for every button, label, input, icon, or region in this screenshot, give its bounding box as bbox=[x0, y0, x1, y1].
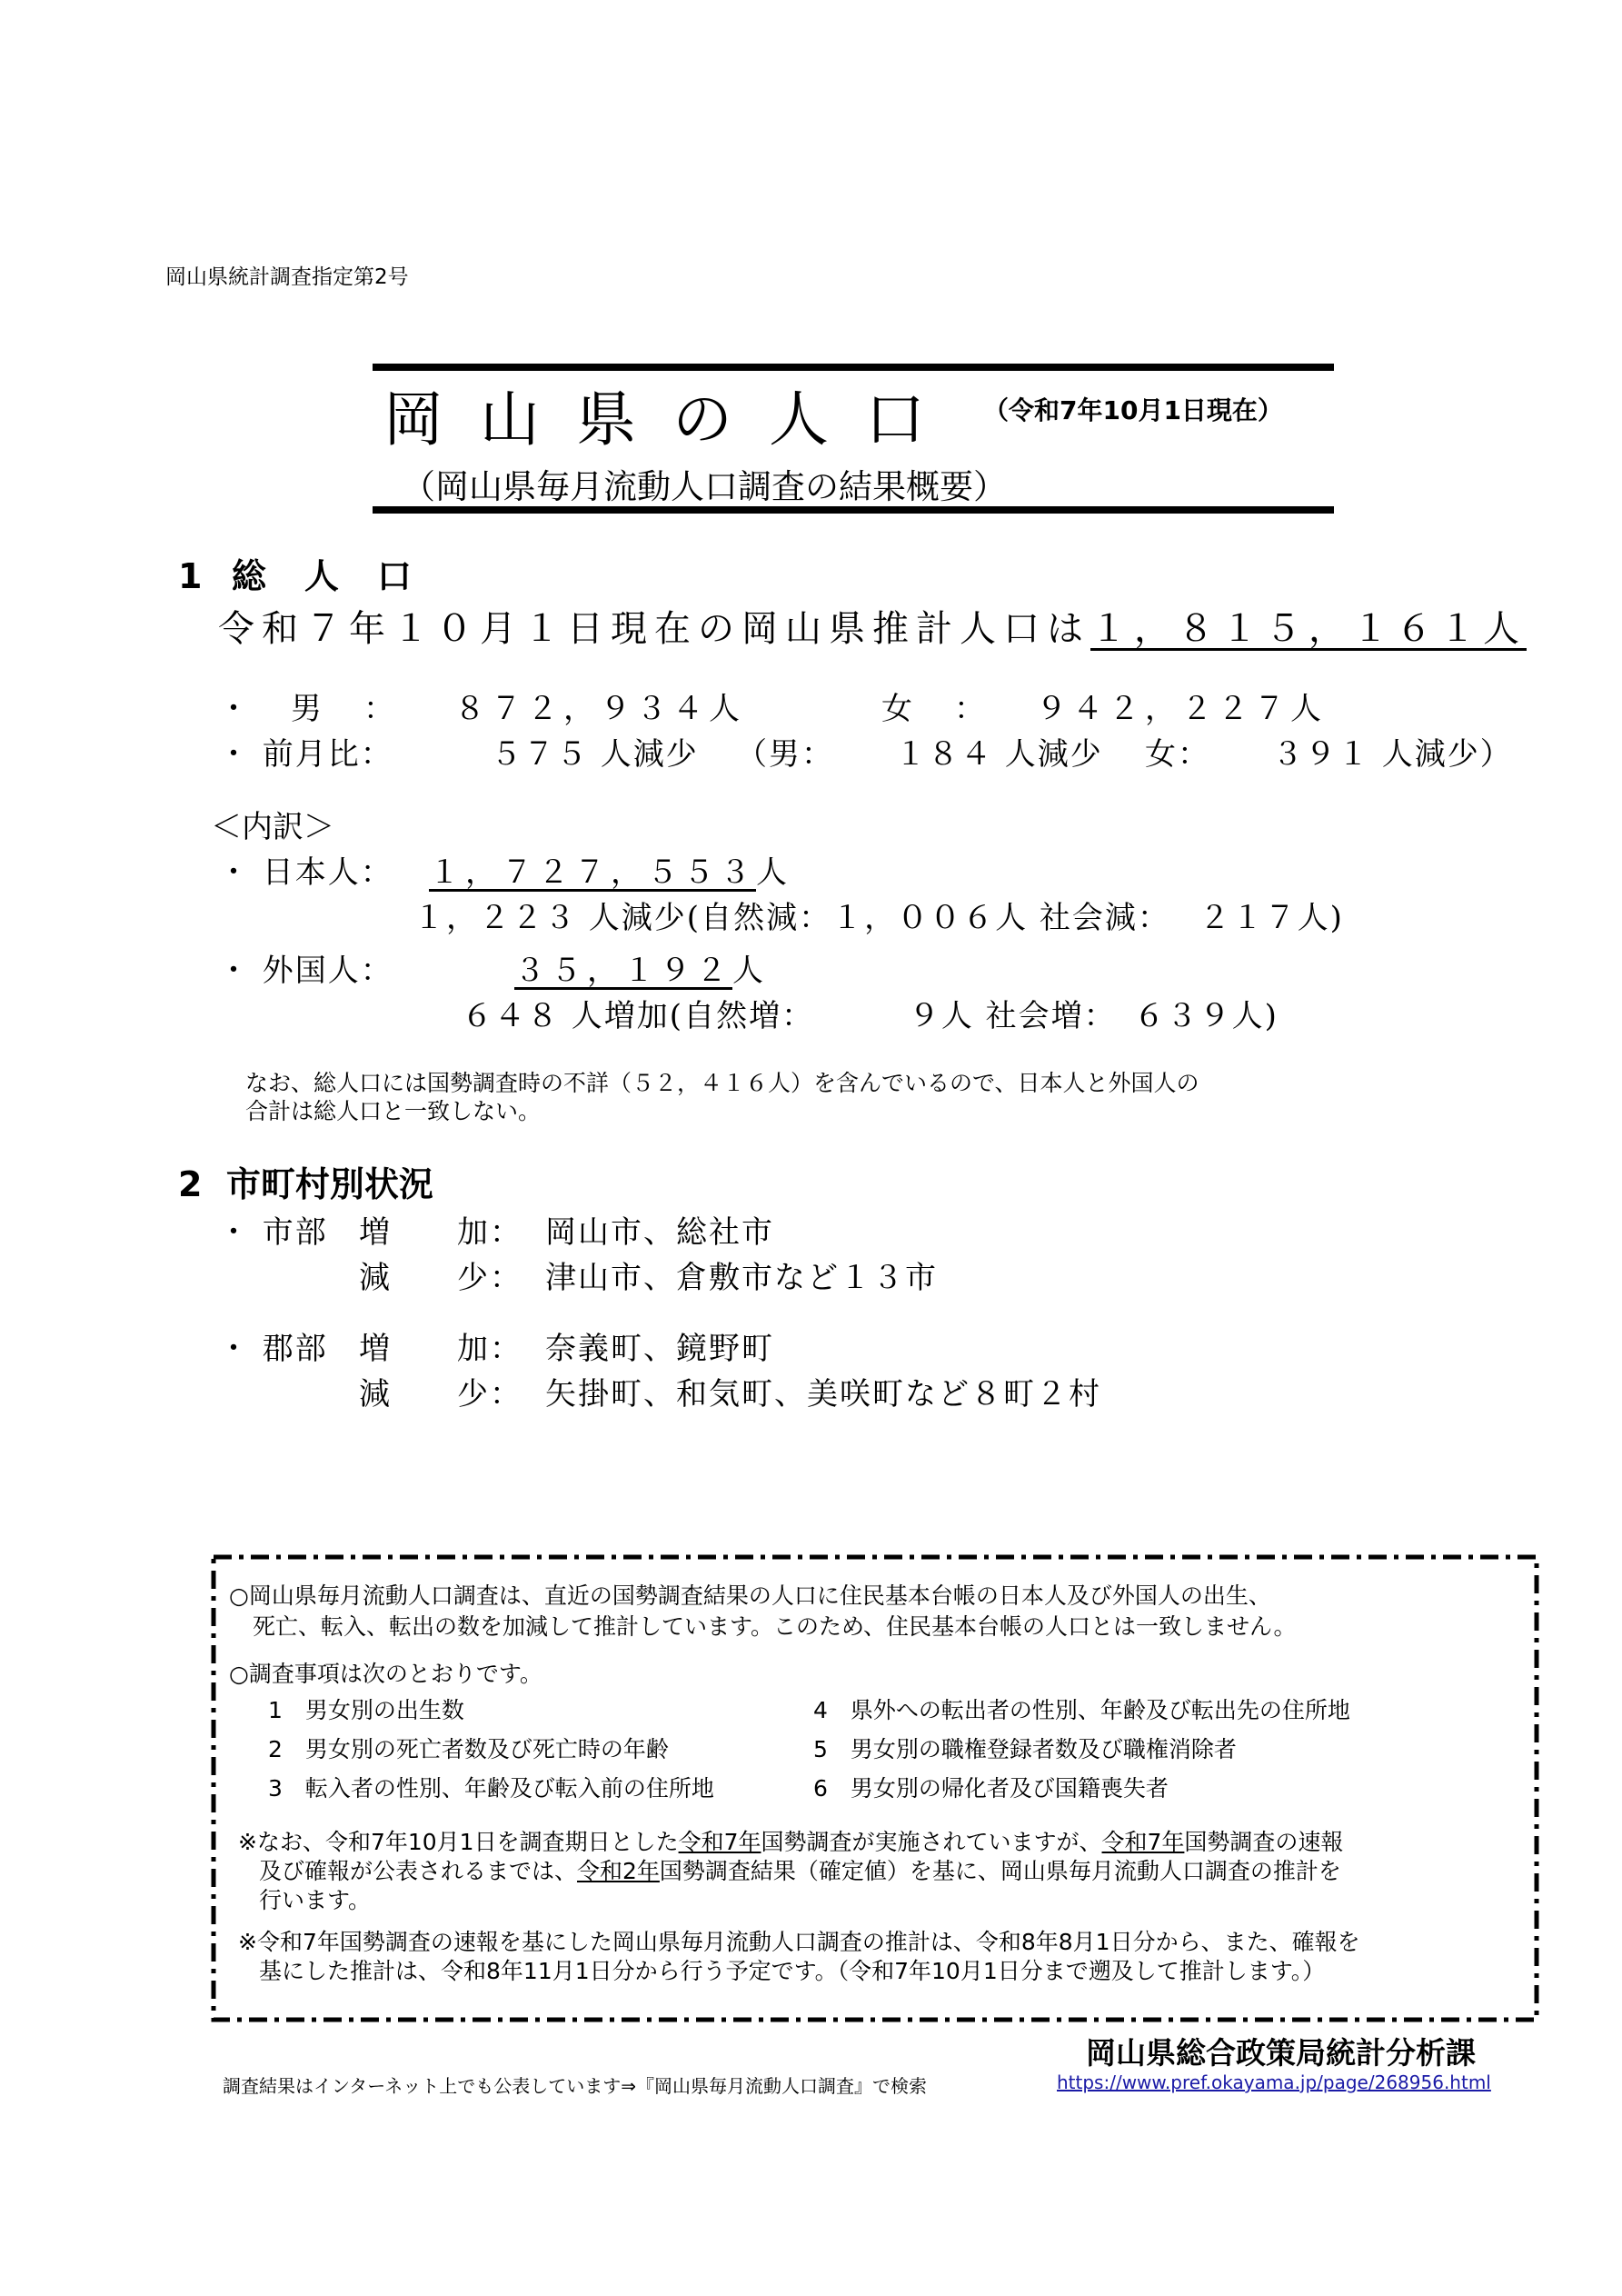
foreign-value: ３５，１９２ bbox=[514, 953, 732, 989]
section-2-heading: 2 市町村別状況 bbox=[178, 1156, 433, 1206]
survey-item-2: 2 男女別の死亡者数及び死亡時の年齢 bbox=[268, 1732, 669, 1764]
department-name: 岡山県総合政策局統計分析課 bbox=[1086, 2030, 1476, 2072]
note-text: 国勢調査結果（確定値）を基に、岡山県毎月流動人口調査の推計を bbox=[660, 1858, 1341, 1884]
note-text: 国勢調査の速報 bbox=[1184, 1829, 1343, 1855]
survey-item-5: 5 男女別の職権登録者数及び職権消除者 bbox=[813, 1732, 1237, 1764]
box-para1-line1: ○岡山県毎月流動人口調査は、直近の国勢調査結果の人口に住民基本台帳の日本人及び外… bbox=[229, 1578, 1271, 1611]
survey-item-6: 6 男女別の帰化者及び国籍喪失者 bbox=[813, 1771, 1169, 1803]
foreign-unit: 人 bbox=[732, 953, 769, 989]
japanese-unit: 人 bbox=[756, 854, 792, 891]
survey-url-link[interactable]: https://www.pref.okayama.jp/page/268956.… bbox=[1057, 2071, 1491, 2093]
survey-item-1: 1 男女別の出生数 bbox=[268, 1692, 464, 1725]
items-heading: ○調査事項は次のとおりです。 bbox=[229, 1656, 542, 1689]
male-value: ８７２，９３４人 bbox=[454, 684, 745, 728]
breakdown-label: ＜内訳＞ bbox=[211, 802, 334, 846]
month-change-male: １８４ 人減少 bbox=[895, 729, 1103, 774]
japanese-change: １，２２３ 人減少(自然減：１，００６人 社会減： ２１７人) bbox=[413, 893, 1344, 937]
female-value: ９４２，２２７人 bbox=[1036, 684, 1327, 728]
foreign-label: ・ 外国人： bbox=[218, 945, 393, 990]
japanese-value: １，７２７，５５３ bbox=[429, 854, 756, 891]
city-increase-label: 増 加： bbox=[359, 1207, 522, 1252]
total-prefix: 令和７年１０月１日現在の岡山県推計人口は bbox=[218, 608, 1090, 650]
county-increase-label: 増 加： bbox=[359, 1323, 522, 1368]
month-change-total: ５７５ 人減少 bbox=[491, 729, 699, 774]
section-1-heading: 1 総 人 口 bbox=[178, 548, 413, 598]
survey-designation: 岡山県統計調査指定第2号 bbox=[165, 260, 409, 290]
city-increase: 岡山市、総社市 bbox=[545, 1207, 774, 1252]
page-title: 岡山県の人口 bbox=[383, 371, 961, 457]
section-number: 2 bbox=[178, 1164, 202, 1204]
city-label: ・ 市部 bbox=[218, 1207, 328, 1252]
section-title: 市町村別状況 bbox=[226, 1164, 433, 1204]
survey-item-3: 3 転入者の性別、年齢及び転入前の住所地 bbox=[268, 1771, 714, 1803]
title-bottom-rule bbox=[373, 506, 1334, 514]
underlined-census-year: 令和2年 bbox=[577, 1858, 660, 1884]
month-change-female-label: 女： bbox=[1145, 729, 1210, 774]
month-change-label: ・ 前月比： bbox=[218, 729, 393, 774]
note-text: 国勢調査が実施されていますが、 bbox=[761, 1829, 1101, 1855]
month-change-female: ３９１ 人減少） bbox=[1272, 729, 1513, 774]
county-decrease: 矢掛町、和気町、美咲町など８町２村 bbox=[545, 1369, 1101, 1413]
box-note1-line1: ※なお、令和7年10月1日を調査期日とした令和7年国勢調査が実施されていますが、… bbox=[238, 1824, 1343, 1857]
page-subtitle: （岡山県毎月流動人口調査の結果概要） bbox=[402, 459, 1007, 508]
note-text: ※なお、令和7年10月1日を調査期日とした bbox=[238, 1829, 679, 1855]
survey-item-4: 4 県外への転出者の性別、年齢及び転出先の住所地 bbox=[813, 1692, 1350, 1725]
total-population-value: １，８１５，１６１人 bbox=[1090, 608, 1527, 650]
foreign-change: ６４８ 人増加(自然増： ９人 社会増： ６３９人) bbox=[462, 991, 1279, 1035]
note-text: 及び確報が公表されるまでは、 bbox=[259, 1858, 577, 1884]
female-label: 女 ： bbox=[881, 684, 990, 728]
underlined-census-year: 令和7年 bbox=[679, 1829, 761, 1855]
male-label: ・ 男 ： bbox=[218, 684, 400, 728]
month-change-male-label: （男： bbox=[736, 729, 834, 774]
section-number: 1 bbox=[178, 556, 204, 596]
note-line-2: 合計は総人口と一致しない。 bbox=[245, 1093, 541, 1126]
box-note2-line1: ※令和7年国勢調査の速報を基にした岡山県毎月流動人口調査の推計は、令和8年8月1… bbox=[238, 1924, 1360, 1957]
total-population-line: 令和７年１０月１日現在の岡山県推計人口は１，８１５，１６１人 bbox=[218, 600, 1527, 652]
box-para1-line2: 死亡、転入、転出の数を加減して推計しています。このため、住民基本台帳の人口とは一… bbox=[253, 1609, 1297, 1642]
underlined-census-year: 令和7年 bbox=[1102, 1829, 1185, 1855]
county-increase: 奈義町、鏡野町 bbox=[545, 1323, 774, 1368]
county-label: ・ 郡部 bbox=[218, 1323, 328, 1368]
city-decrease-label: 減 少： bbox=[359, 1253, 522, 1297]
box-note2-line2: 基にした推計は、令和8年11月1日分から行う予定です。（令和7年10月1日分まで… bbox=[259, 1953, 1325, 1986]
section-title: 総 人 口 bbox=[232, 556, 413, 596]
japanese-label: ・ 日本人： bbox=[218, 847, 393, 892]
search-note: 調査結果はインターネット上でも公表しています⇒『岡山県毎月流動人口調査』で検索 bbox=[223, 2071, 927, 2098]
as-of-date: （令和7年10月1日現在） bbox=[983, 391, 1283, 427]
japanese-population: １，７２７，５５３人 bbox=[429, 847, 792, 892]
city-decrease: 津山市、倉敷市など１３市 bbox=[545, 1253, 938, 1297]
title-top-rule bbox=[373, 364, 1334, 371]
box-note1-line2: 及び確報が公表されるまでは、令和2年国勢調査結果（確定値）を基に、岡山県毎月流動… bbox=[259, 1853, 1341, 1886]
foreign-population: ３５，１９２人 bbox=[514, 945, 769, 990]
box-note1-line3: 行います。 bbox=[259, 1882, 371, 1915]
county-decrease-label: 減 少： bbox=[359, 1369, 522, 1413]
